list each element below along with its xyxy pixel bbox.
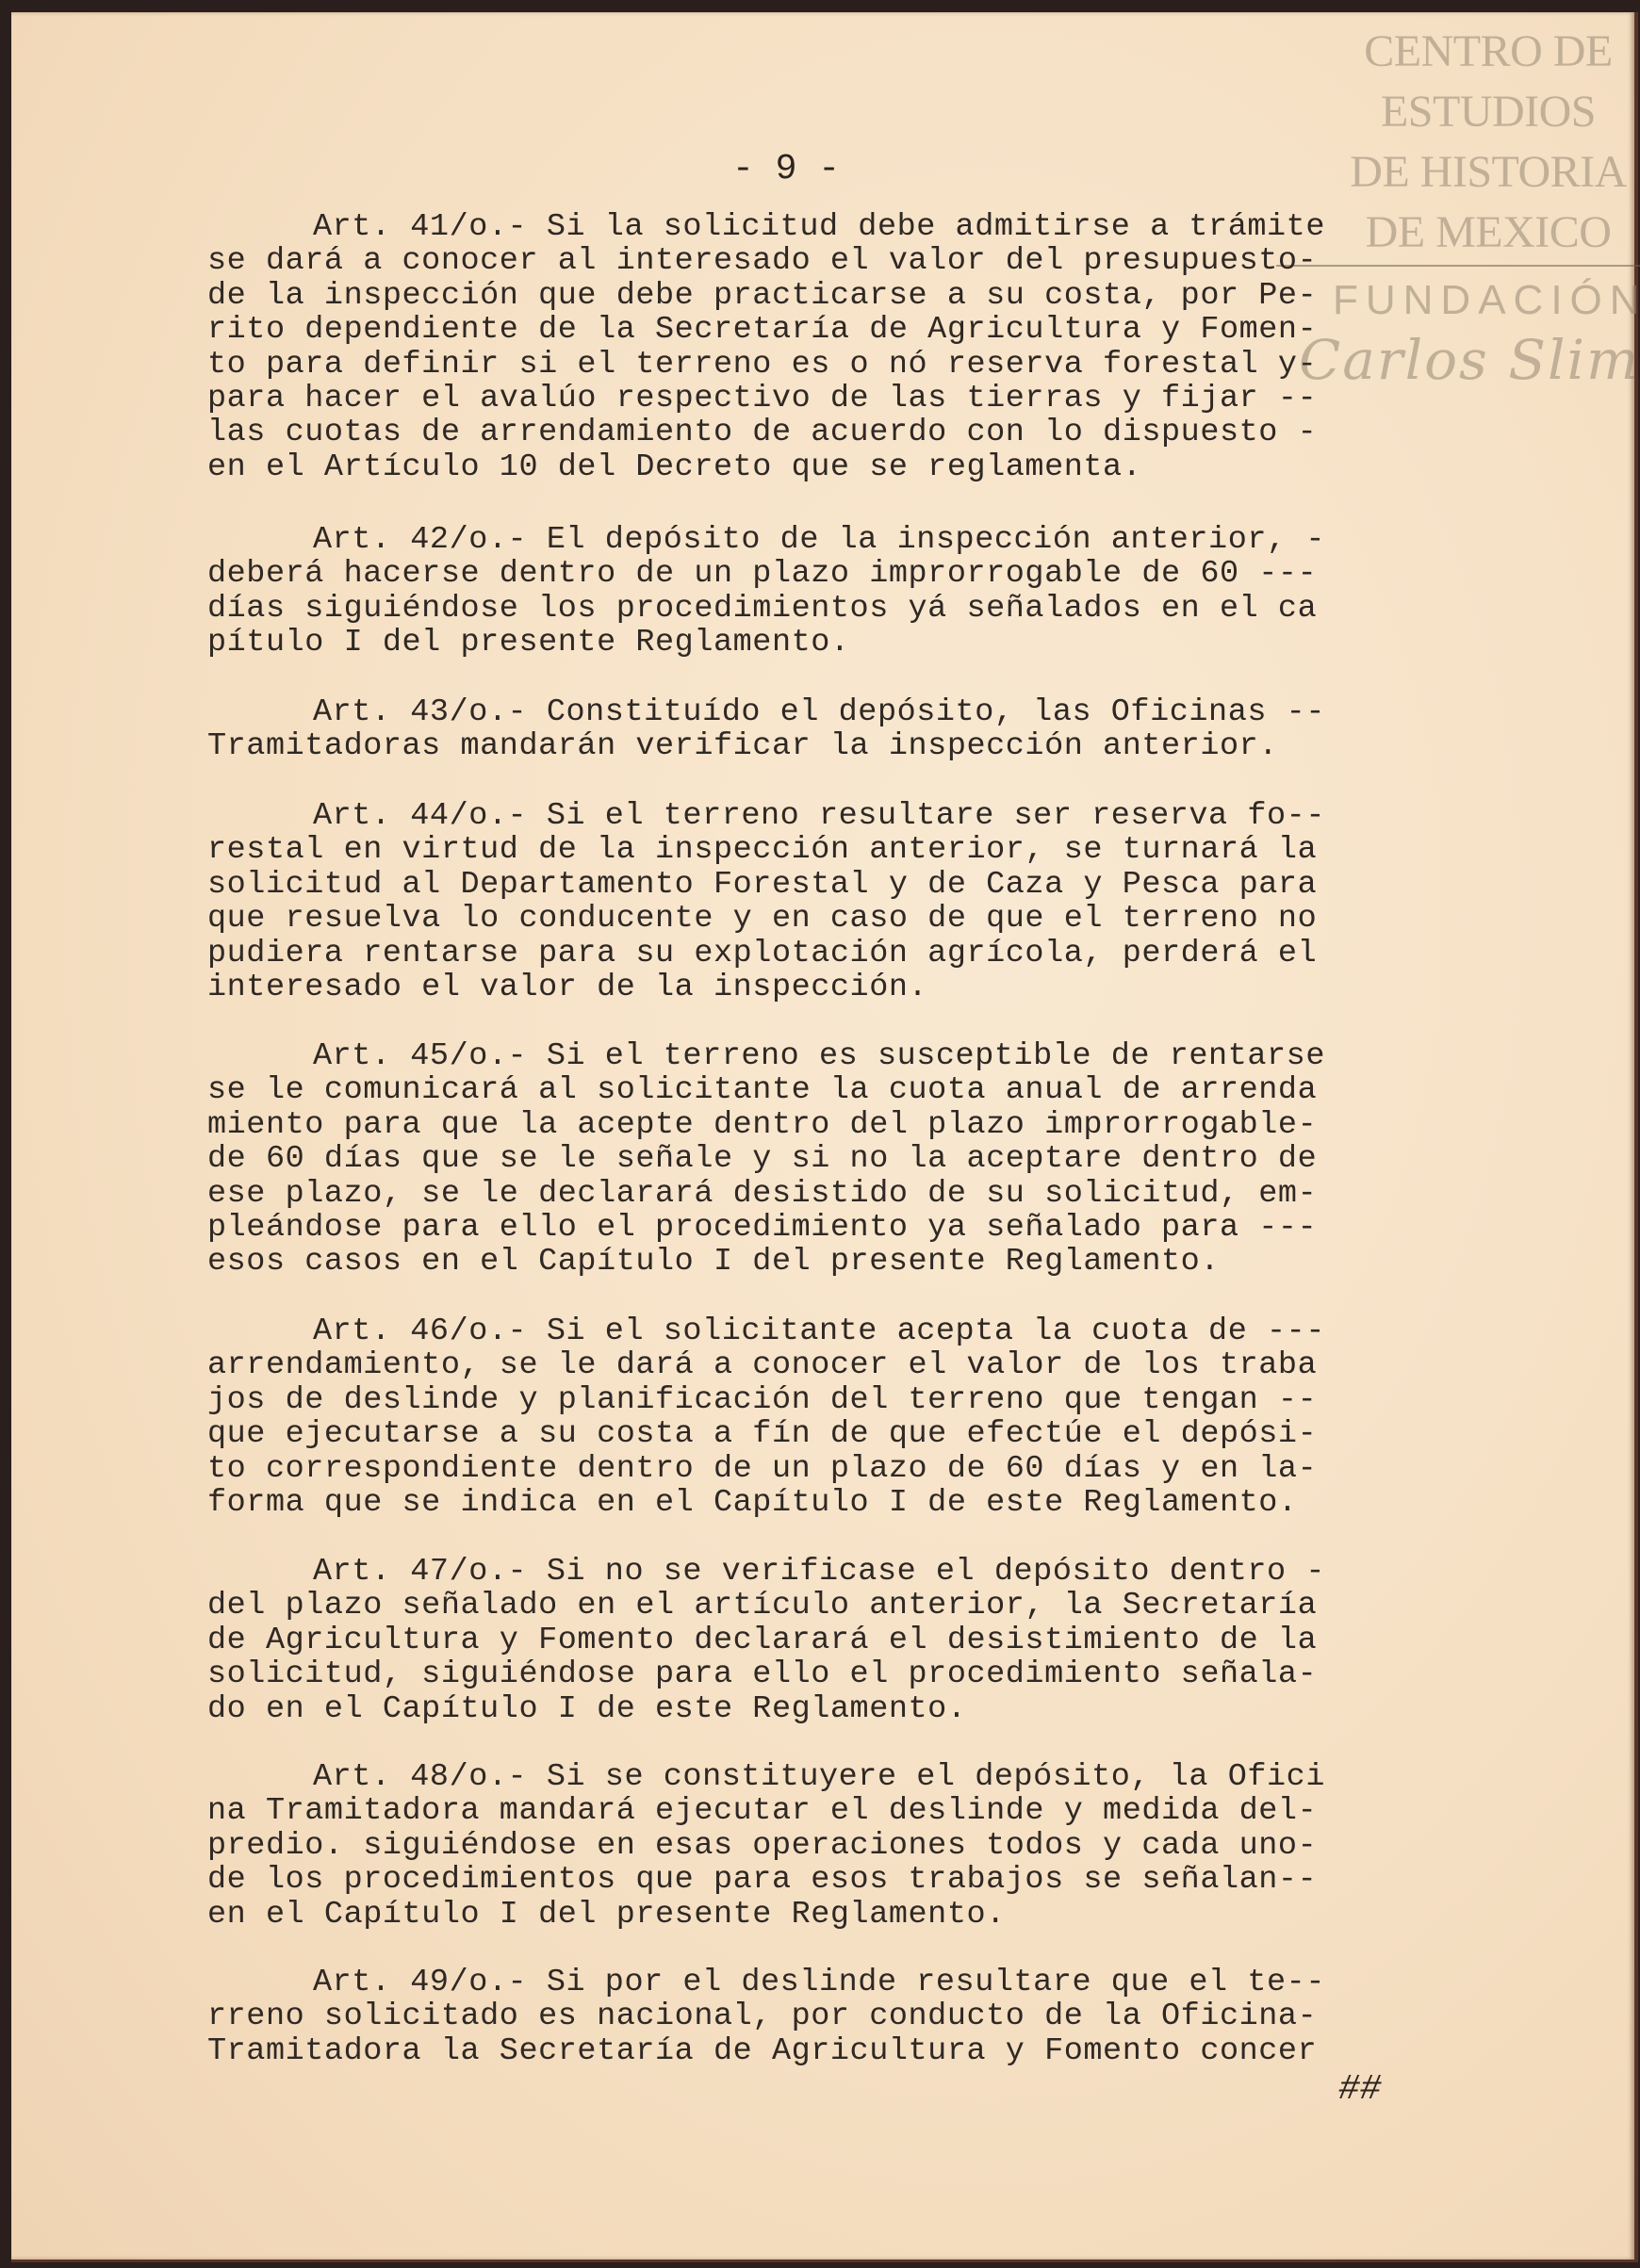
text-line: pleándose para ello el procedimiento ya … (207, 1211, 1325, 1245)
text-line: pudiera rentarse para su explotación agr… (207, 937, 1325, 971)
text-line: interesado el valor de la inspección. (207, 971, 1325, 1004)
text-line: jos de deslinde y planificación del terr… (207, 1383, 1325, 1417)
text-line: na Tramitadora mandará ejecutar el desli… (207, 1794, 1325, 1828)
continuation-mark: ## (1338, 2069, 1382, 2110)
text-line: del plazo señalado en el artículo anteri… (207, 1589, 1325, 1623)
text-line: días siguiéndose los procedimientos yá s… (207, 592, 1325, 626)
archive-watermark: CENTRO DE ESTUDIOS DE HISTORIA DE MEXICO… (1333, 22, 1640, 393)
article-42: Art. 42/o.- El depósito de la inspección… (207, 523, 1325, 661)
article-44: Art. 44/o.- Si el terreno resultare ser … (207, 799, 1325, 1004)
text-line: se le comunicará al solicitante la cuota… (207, 1073, 1325, 1107)
text-line: Art. 41/o.- Si la solicitud debe admitir… (207, 210, 1325, 244)
watermark-signature: Carlos Slim (1295, 327, 1640, 393)
text-line: Art. 47/o.- Si no se verificase el depós… (207, 1555, 1325, 1589)
text-line: de la inspección que debe practicarse a … (207, 279, 1325, 313)
page-number: - 9 - (732, 149, 840, 189)
text-line: Art. 45/o.- Si el terreno es susceptible… (207, 1039, 1325, 1073)
text-line: rreno solicitado es nacional, por conduc… (207, 1999, 1325, 2033)
text-line: Art. 48/o.- Si se constituyere el depósi… (207, 1760, 1325, 1794)
text-line: que ejecutarse a su costa a fín de que e… (207, 1417, 1325, 1451)
text-line: ese plazo, se le declarará desistido de … (207, 1177, 1325, 1211)
watermark-line: DE MEXICO (1333, 203, 1640, 263)
text-line: arrendamiento, se le dará a conocer el v… (207, 1348, 1325, 1382)
article-49: Art. 49/o.- Si por el deslinde resultare… (207, 1966, 1325, 2068)
text-line: to correspondiente dentro de un plazo de… (207, 1452, 1325, 1486)
watermark-line: DE HISTORIA (1333, 142, 1640, 203)
article-46: Art. 46/o.- Si el solicitante acepta la … (207, 1314, 1325, 1520)
text-line: forma que se indica en el Capítulo I de … (207, 1486, 1325, 1520)
text-line: do en el Capítulo I de este Reglamento. (207, 1692, 1325, 1726)
watermark-foundation: FUNDACIÓN (1333, 274, 1640, 327)
article-43: Art. 43/o.- Constituído el depósito, las… (207, 695, 1325, 764)
text-line: Art. 46/o.- Si el solicitante acepta la … (207, 1314, 1325, 1348)
text-line: solicitud al Departamento Forestal y de … (207, 868, 1325, 902)
text-line: en el Capítulo I del presente Reglamento… (207, 1898, 1325, 1932)
text-line: rito dependiente de la Secretaría de Agr… (207, 313, 1325, 347)
text-line: predio. siguiéndose en esas operaciones … (207, 1829, 1325, 1863)
text-line: de los procedimientos que para esos trab… (207, 1863, 1325, 1897)
article-48: Art. 48/o.- Si se constituyere el depósi… (207, 1760, 1325, 1932)
text-line: que resuelva lo conducente y en caso de … (207, 902, 1325, 936)
text-line: Tramitadora la Secretaría de Agricultura… (207, 2034, 1325, 2068)
text-line: restal en virtud de la inspección anteri… (207, 833, 1325, 867)
text-line: se dará a conocer al interesado el valor… (207, 244, 1325, 278)
text-line: para hacer el avalúo respectivo de las t… (207, 382, 1325, 416)
text-line: Art. 42/o.- El depósito de la inspección… (207, 523, 1325, 557)
text-line: de 60 días que se le señale y si no la a… (207, 1142, 1325, 1176)
article-41: Art. 41/o.- Si la solicitud debe admitir… (207, 210, 1325, 484)
article-47: Art. 47/o.- Si no se verificase el depós… (207, 1555, 1325, 1726)
text-line: Tramitadoras mandarán verificar la inspe… (207, 729, 1325, 763)
text-line: Art. 44/o.- Si el terreno resultare ser … (207, 799, 1325, 833)
text-line: en el Artículo 10 del Decreto que se reg… (207, 450, 1325, 484)
watermark-divider (1276, 265, 1640, 267)
text-line: pítulo I del presente Reglamento. (207, 626, 1325, 660)
watermark-line: ESTUDIOS (1333, 82, 1640, 142)
watermark-line: CENTRO DE (1333, 22, 1640, 82)
text-line: miento para que la acepte dentro del pla… (207, 1108, 1325, 1142)
text-line: solicitud, siguiéndose para ello el proc… (207, 1657, 1325, 1691)
text-line: deberá hacerse dentro de un plazo impror… (207, 557, 1325, 591)
text-line: to para definir si el terreno es o nó re… (207, 348, 1325, 382)
text-line: Art. 49/o.- Si por el deslinde resultare… (207, 1966, 1325, 1999)
document-page: CENTRO DE ESTUDIOS DE HISTORIA DE MEXICO… (11, 12, 1638, 2262)
text-line: las cuotas de arrendamiento de acuerdo c… (207, 416, 1325, 449)
article-45: Art. 45/o.- Si el terreno es susceptible… (207, 1039, 1325, 1280)
text-line: Art. 43/o.- Constituído el depósito, las… (207, 695, 1325, 729)
text-line: esos casos en el Capítulo I del presente… (207, 1245, 1325, 1279)
text-line: de Agricultura y Fomento declarará el de… (207, 1623, 1325, 1657)
